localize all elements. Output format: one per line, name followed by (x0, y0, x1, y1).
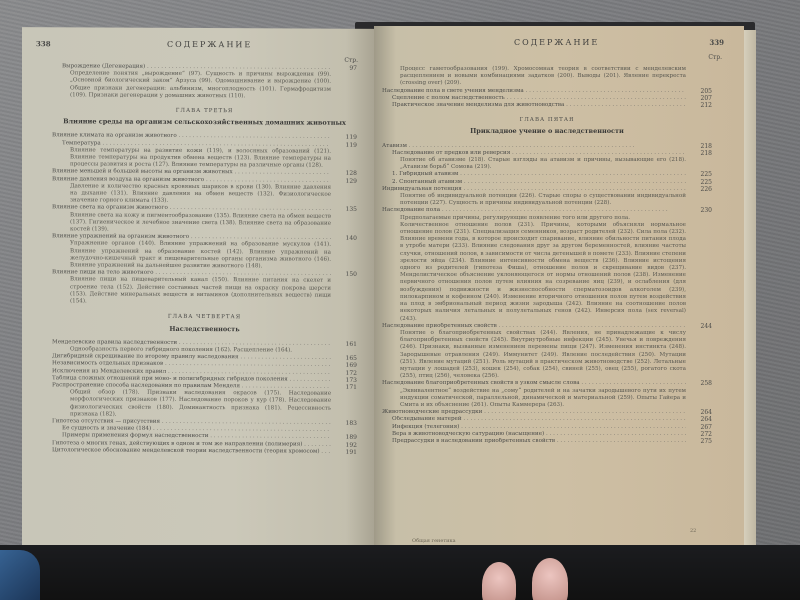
toc-description: Общий обзор (178). Признаки наследования… (52, 389, 357, 419)
toc-entry-page: 275 (686, 438, 712, 445)
toc-entry: Индивидуальная потенция226 (382, 186, 712, 193)
chapter-label: ГЛАВА ТРЕТЬЯ (52, 107, 357, 116)
toc-description: Влияние пищи на пищеварительный канал (1… (52, 277, 357, 307)
right-page: СОДЕРЖАНИЕ 339 Стр. Процесс гаметообразо… (374, 26, 744, 554)
toc-entry-page: 258 (686, 380, 712, 387)
toc-entry-title: Сцепление с полом наследственность (392, 95, 686, 102)
chapter-title: Наследственность (52, 325, 357, 334)
toc-entry-title: Влияние давления воздуха на организм жив… (52, 176, 331, 185)
toc-description: Влияние света на кожу и пигментообразова… (52, 212, 357, 235)
toc-entry: Наследование от предков или реверсия218 (382, 150, 712, 157)
toc-left: Вырождение (Дегенерация)97Определение по… (52, 63, 357, 456)
toc-entry: 2. Спонтанный атавизм225 (382, 179, 712, 186)
finger (532, 558, 568, 600)
finger (482, 562, 516, 600)
toc-entry-page: 272 (686, 431, 712, 438)
toc-description: Определение понятия „вырождение“ (97). С… (52, 70, 357, 100)
toc-entry-page: 218 (686, 143, 712, 150)
toc-entry-page: 244 (686, 323, 712, 330)
toc-entry-title: Обследывание матерей (392, 416, 686, 423)
toc-entry: Животноводческие предрассудки264 (382, 409, 712, 416)
toc-entry-page: 129 (331, 177, 357, 184)
toc-entry-title: Инфекция (телегония) (392, 424, 686, 431)
toc-entry-page: 207 (686, 95, 712, 102)
chapter-title: Прикладное учение о наследственности (382, 128, 712, 135)
page-column-label: Стр. (708, 54, 722, 61)
toc-entry-title: Менделевские правила наследственности (52, 339, 331, 348)
toc-entry-title: Температура (62, 140, 331, 149)
page-column-label: Стр. (344, 57, 358, 64)
toc-entry: 1. Гибридный атавизм225 (382, 171, 712, 178)
toc-entry-page: 191 (331, 448, 357, 455)
toc-entry-page: 226 (686, 186, 712, 193)
toc-entry-page: 183 (331, 420, 357, 427)
toc-entry-title: Практическое значение менделизма для жив… (392, 102, 686, 109)
toc-entry-title: Наследование приобретенных свойств (382, 323, 686, 330)
toc-entry-title: Наследование благоприобретенных свойств … (382, 380, 686, 387)
toc-entry-title: Вырождение (Дегенерация) (62, 63, 331, 72)
chapter-title: Влияние среды на организм сельскохозяйст… (52, 118, 357, 127)
toc-entry-page: 230 (686, 207, 712, 214)
toc-right: Процесс гаметообразования (199). Хромосо… (382, 66, 712, 445)
toc-entry-title: 1. Гибридный атавизм (392, 171, 686, 178)
toc-entry: Инфекция (телегония)267 (382, 424, 712, 431)
toc-entry-title: Наследование от предков или реверсия (392, 150, 686, 157)
toc-description: Понятие об атавизме (218). Старые взгляд… (382, 157, 712, 171)
toc-entry: Сцепление с полом наследственность207 (382, 95, 712, 102)
toc-entry: Атавизм218 (382, 143, 712, 150)
toc-description: Понятие о благоприобретенных свойствах (… (382, 330, 712, 380)
page-number: 338 (36, 39, 51, 48)
toc-entry: Наследование пола230 (382, 207, 712, 214)
toc-description: Упражнение органов (140). Влияние упражн… (52, 241, 357, 271)
toc-entry: Наследование пола в свете учения мендели… (382, 88, 712, 95)
toc-entry-page: 150 (331, 271, 357, 278)
toc-entry-title: Атавизм (382, 143, 686, 150)
toc-entry-title: Предрассудки в наследовании приобретенны… (392, 438, 686, 445)
left-page: 338 СОДЕРЖАНИЕ Стр. Вырождение (Дегенера… (22, 27, 374, 551)
toc-description: Процесс гаметообразования (199). Хромосо… (382, 66, 712, 88)
toc-description: Количественное отношение полов (231). Пр… (382, 222, 712, 323)
toc-description: „Эквивалентное“ воздействие на „сому“ ро… (382, 388, 712, 410)
printer-signature: Общая генетика (412, 538, 456, 544)
signature-mark: 22 (690, 528, 696, 534)
toc-description: Влияние температуры на развитие кожи (11… (52, 147, 357, 170)
running-head: СОДЕРЖАНИЕ (167, 40, 252, 49)
toc-entry-title: Распространение способа наследования по … (52, 382, 331, 391)
toc-entry-page: 267 (686, 424, 712, 431)
table-shadow (0, 545, 800, 600)
toc-entry-page: 135 (331, 206, 357, 213)
toc-entry-page: 225 (686, 179, 712, 186)
toc-entry: Вера в животноводческую сатурацию (насыщ… (382, 431, 712, 438)
toc-entry-title: Влияние пищи на тело животного (52, 270, 331, 279)
blue-cloth (0, 550, 40, 600)
toc-entry: Цитологическое обоснование менделевской … (52, 447, 357, 456)
toc-entry-title: Вера в животноводческую сатурацию (насыщ… (392, 431, 686, 438)
toc-entry-title: 2. Спонтанный атавизм (392, 179, 686, 186)
chapter-label: ГЛАВА ЧЕТВЕРТАЯ (52, 314, 357, 323)
toc-entry: Наследование благоприобретенных свойств … (382, 380, 712, 387)
toc-entry: Предрассудки в наследовании приобретенны… (382, 438, 712, 445)
toc-entry: Наследование приобретенных свойств244 (382, 323, 712, 330)
toc-entry-title: Влияние упражнений на организм животного (52, 234, 331, 243)
page-edges (744, 30, 756, 550)
toc-entry-title: Животноводческие предрассудки (382, 409, 686, 416)
toc-entry-page: 161 (331, 340, 357, 347)
toc-entry-page: 171 (331, 384, 357, 391)
toc-entry-title: Индивидуальная потенция (382, 186, 686, 193)
toc-entry-page: 225 (686, 171, 712, 178)
toc-entry-page: 264 (686, 416, 712, 423)
toc-description: Понятие об индивидуальной потенции (226)… (382, 193, 712, 207)
toc-description: Предполагаемые причины, регулирующие поя… (382, 215, 712, 222)
toc-entry-title: Влияние света на организм животного (52, 205, 331, 214)
running-head: СОДЕРЖАНИЕ (514, 38, 599, 47)
toc-description: Давление и количество красных кровяных ш… (52, 183, 357, 206)
toc-entry-title: Наследование пола в свете учения мендели… (382, 88, 686, 95)
toc-entry-page: 119 (331, 141, 357, 148)
toc-entry-page: 264 (686, 409, 712, 416)
toc-entry-page: 140 (331, 235, 357, 242)
toc-entry-page: 212 (686, 102, 712, 109)
toc-entry: Обследывание матерей264 (382, 416, 712, 423)
toc-entry-page: 97 (331, 65, 357, 72)
toc-entry-title: Цитологическое обоснование менделевской … (52, 447, 331, 456)
page-number: 339 (709, 38, 724, 47)
toc-entry-title: Наследование пола (382, 207, 686, 214)
chapter-label: ГЛАВА ПЯТАЯ (382, 117, 712, 124)
toc-entry-page: 205 (686, 88, 712, 95)
toc-entry: Практическое значение менделизма для жив… (382, 102, 712, 109)
toc-entry-page: 218 (686, 150, 712, 157)
